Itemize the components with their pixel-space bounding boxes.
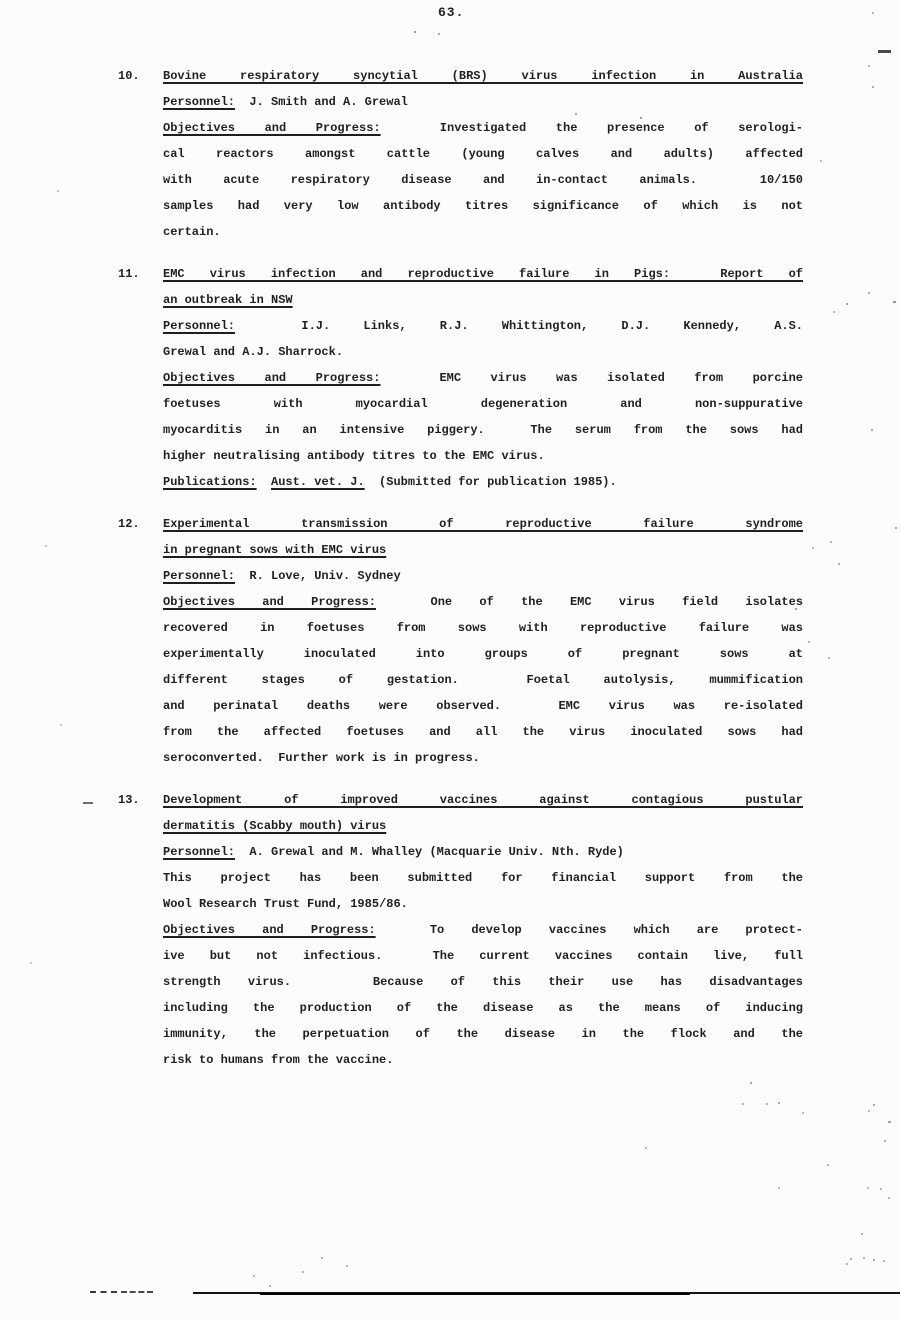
text-run: recovered in foetuses from sows with rep… [163, 621, 803, 635]
scan-speck [645, 1147, 647, 1149]
item-lines: Bovine respiratory syncytial (BRS) virus… [163, 63, 803, 245]
scan-speck [873, 1104, 875, 1106]
text-line: including the production of the disease … [163, 995, 803, 1021]
text-run: strength virus. Because of this their us… [163, 975, 803, 989]
report-item: 11.EMC virus infection and reproductive … [118, 261, 808, 495]
scan-speck [30, 962, 32, 964]
scan-speck [868, 1110, 870, 1112]
scan-speck [45, 545, 47, 547]
scan-speck [868, 65, 870, 67]
text-run: ive but not infectious. The current vacc… [163, 949, 803, 963]
scan-speck [871, 429, 873, 431]
page-number: 63. [438, 5, 464, 20]
text-line: immunity, the perpetuation of the diseas… [163, 1021, 803, 1047]
text-run: immunity, the perpetuation of the diseas… [163, 1027, 803, 1041]
text-line: recovered in foetuses from sows with rep… [163, 615, 803, 641]
scan-speck [861, 1233, 863, 1235]
text-line: with acute respiratory disease and in-co… [163, 167, 803, 193]
underlined-text: Objectives and Progress: [163, 121, 381, 135]
scan-speck [414, 31, 416, 33]
text-run: (Submitted for publication 1985). [365, 475, 617, 489]
text-run: seroconverted. Further work is in progre… [163, 751, 480, 765]
text-line: samples had very low antibody titres sig… [163, 193, 803, 219]
scan-speck [838, 563, 840, 565]
scan-speck [863, 1257, 865, 1259]
scan-speck [846, 1263, 848, 1265]
scan-speck [346, 1265, 348, 1267]
scan-speck [850, 1258, 852, 1260]
text-line: Objectives and Progress: EMC virus was i… [163, 365, 803, 391]
text-run: To develop vaccines which are protect- [376, 923, 803, 937]
text-run: This project has been submitted for fina… [163, 871, 803, 885]
scan-speck [812, 547, 814, 549]
text-line: Personnel: J. Smith and A. Grewal [163, 89, 803, 115]
text-line: Personnel: A. Grewal and M. Whalley (Mac… [163, 839, 803, 865]
scan-speck [827, 1164, 829, 1166]
text-line: and perinatal deaths were observed. EMC … [163, 693, 803, 719]
underlined-text: Personnel: [163, 95, 235, 109]
underlined-text: EMC virus infection and reproductive fai… [163, 267, 803, 281]
item-lines: Development of improved vaccines against… [163, 787, 803, 1073]
scan-line-dash [121, 1291, 153, 1293]
text-run: from the affected foetuses and all the v… [163, 725, 803, 739]
text-run: EMC virus was isolated from porcine [380, 371, 803, 385]
underlined-text: Objectives and Progress: [163, 371, 380, 385]
scan-speck [253, 1275, 255, 1277]
scan-speck [872, 86, 874, 88]
scan-speck [750, 1082, 752, 1084]
underlined-text: Experimental transmission of reproductiv… [163, 517, 803, 531]
text-run: One of the EMC virus field isolates [376, 595, 803, 609]
text-run: samples had very low antibody titres sig… [163, 199, 803, 213]
scan-speck [640, 117, 642, 119]
text-run: experimentally inoculated into groups of… [163, 647, 803, 661]
text-line: seroconverted. Further work is in progre… [163, 745, 803, 771]
scan-speck [820, 160, 822, 162]
scan-speck [888, 1197, 890, 1199]
scan-speck [828, 657, 830, 659]
scan-speck [302, 1271, 304, 1273]
text-line: Bovine respiratory syncytial (BRS) virus… [163, 63, 803, 89]
text-run: higher neutralising antibody titres to t… [163, 449, 545, 463]
scan-speck [873, 1259, 875, 1261]
text-line: Publications: Aust. vet. J. (Submitted f… [163, 469, 803, 495]
scan-speck [846, 303, 848, 305]
underlined-text: Publications: [163, 475, 257, 489]
scan-speck [778, 1187, 780, 1189]
scan-speck [830, 541, 832, 543]
underlined-text: Development of improved vaccines against… [163, 793, 803, 807]
scan-speck [742, 1103, 744, 1105]
scan-speck [321, 1257, 323, 1259]
underlined-text: Bovine respiratory syncytial (BRS) virus… [163, 69, 803, 83]
scan-speck [880, 1188, 882, 1190]
scan-speck [778, 1102, 780, 1104]
scan-line-dash [90, 1291, 117, 1293]
text-run: and perinatal deaths were observed. EMC … [163, 699, 803, 713]
scan-speck [438, 33, 440, 35]
text-run: R. Love, Univ. Sydney [235, 569, 401, 583]
scan-speck [802, 1112, 804, 1114]
margin-dash-mark [83, 802, 93, 804]
item-lines: Experimental transmission of reproductiv… [163, 511, 803, 771]
text-line: Development of improved vaccines against… [163, 787, 803, 813]
scan-speck [795, 608, 797, 610]
text-run: different stages of gestation. Foetal au… [163, 673, 803, 687]
margin-dash-mark [878, 50, 891, 53]
scan-line-artifact [260, 1293, 690, 1295]
scan-speck [868, 292, 870, 294]
scan-speck [893, 301, 896, 303]
text-line: EMC virus infection and reproductive fai… [163, 261, 803, 287]
report-items: 10.Bovine respiratory syncytial (BRS) vi… [118, 63, 808, 1089]
text-line: Objectives and Progress: Investigated th… [163, 115, 803, 141]
underlined-text: an outbreak in NSW [163, 293, 293, 307]
scan-speck [57, 190, 59, 192]
report-item: 12.Experimental transmission of reproduc… [118, 511, 808, 771]
text-line: Objectives and Progress: One of the EMC … [163, 589, 803, 615]
report-item: 10.Bovine respiratory syncytial (BRS) vi… [118, 63, 808, 245]
text-line: cal reactors amongst cattle (young calve… [163, 141, 803, 167]
text-line: higher neutralising antibody titres to t… [163, 443, 803, 469]
text-line: foetuses with myocardial degeneration an… [163, 391, 803, 417]
document-page: 63. 10.Bovine respiratory syncytial (BRS… [0, 0, 900, 1319]
text-line: experimentally inoculated into groups of… [163, 641, 803, 667]
text-line: Wool Research Trust Fund, 1985/86. [163, 891, 803, 917]
text-run: with acute respiratory disease and in-co… [163, 173, 803, 187]
scan-speck [833, 311, 835, 313]
scan-speck [884, 1140, 886, 1142]
underlined-text: Personnel: [163, 569, 235, 583]
underlined-text: Personnel: [163, 845, 235, 859]
text-run: myocarditis in an intensive piggery. The… [163, 423, 803, 437]
scan-speck [60, 724, 62, 726]
text-run: J. Smith and A. Grewal [235, 95, 408, 109]
text-line: different stages of gestation. Foetal au… [163, 667, 803, 693]
scan-speck [269, 1285, 271, 1287]
scan-speck [872, 12, 874, 14]
text-line: an outbreak in NSW [163, 287, 803, 313]
item-number: 11. [118, 261, 163, 495]
underlined-text: Objectives and Progress: [163, 923, 376, 937]
report-item: 13.Development of improved vaccines agai… [118, 787, 808, 1073]
item-lines: EMC virus infection and reproductive fai… [163, 261, 803, 495]
text-line: ive but not infectious. The current vacc… [163, 943, 803, 969]
text-run: certain. [163, 225, 221, 239]
text-run: I.J. Links, R.J. Whittington, D.J. Kenne… [235, 319, 803, 333]
text-line: This project has been submitted for fina… [163, 865, 803, 891]
text-line: from the affected foetuses and all the v… [163, 719, 803, 745]
scan-speck [766, 1103, 768, 1105]
item-number: 12. [118, 511, 163, 771]
text-run: Grewal and A.J. Sharrock. [163, 345, 343, 359]
item-number: 13. [118, 787, 163, 1073]
text-line: Objectives and Progress: To develop vacc… [163, 917, 803, 943]
text-line: dermatitis (Scabby mouth) virus [163, 813, 803, 839]
text-run [257, 475, 271, 489]
text-line: Experimental transmission of reproductiv… [163, 511, 803, 537]
text-line: in pregnant sows with EMC virus [163, 537, 803, 563]
scan-speck [867, 1187, 869, 1189]
scan-speck [888, 1121, 891, 1123]
underlined-text: Personnel: [163, 319, 235, 333]
text-run: Wool Research Trust Fund, 1985/86. [163, 897, 408, 911]
text-line: Grewal and A.J. Sharrock. [163, 339, 803, 365]
text-run: risk to humans from the vaccine. [163, 1053, 393, 1067]
underlined-text: Objectives and Progress: [163, 595, 376, 609]
text-run: Investigated the presence of serologi- [381, 121, 803, 135]
text-line: Personnel: I.J. Links, R.J. Whittington,… [163, 313, 803, 339]
scan-speck [883, 1260, 885, 1262]
text-run: including the production of the disease … [163, 1001, 803, 1015]
underlined-text: in pregnant sows with EMC virus [163, 543, 386, 557]
text-run: foetuses with myocardial degeneration an… [163, 397, 803, 411]
text-line: risk to humans from the vaccine. [163, 1047, 803, 1073]
text-line: certain. [163, 219, 803, 245]
text-line: myocarditis in an intensive piggery. The… [163, 417, 803, 443]
text-run: cal reactors amongst cattle (young calve… [163, 147, 803, 161]
scan-speck [895, 527, 897, 529]
text-run: A. Grewal and M. Whalley (Macquarie Univ… [235, 845, 624, 859]
scan-speck [575, 113, 577, 115]
underlined-text: Aust. vet. J. [271, 475, 365, 489]
item-number: 10. [118, 63, 163, 245]
underlined-text: dermatitis (Scabby mouth) virus [163, 819, 386, 833]
scan-speck [808, 641, 810, 643]
text-line: strength virus. Because of this their us… [163, 969, 803, 995]
text-line: Personnel: R. Love, Univ. Sydney [163, 563, 803, 589]
